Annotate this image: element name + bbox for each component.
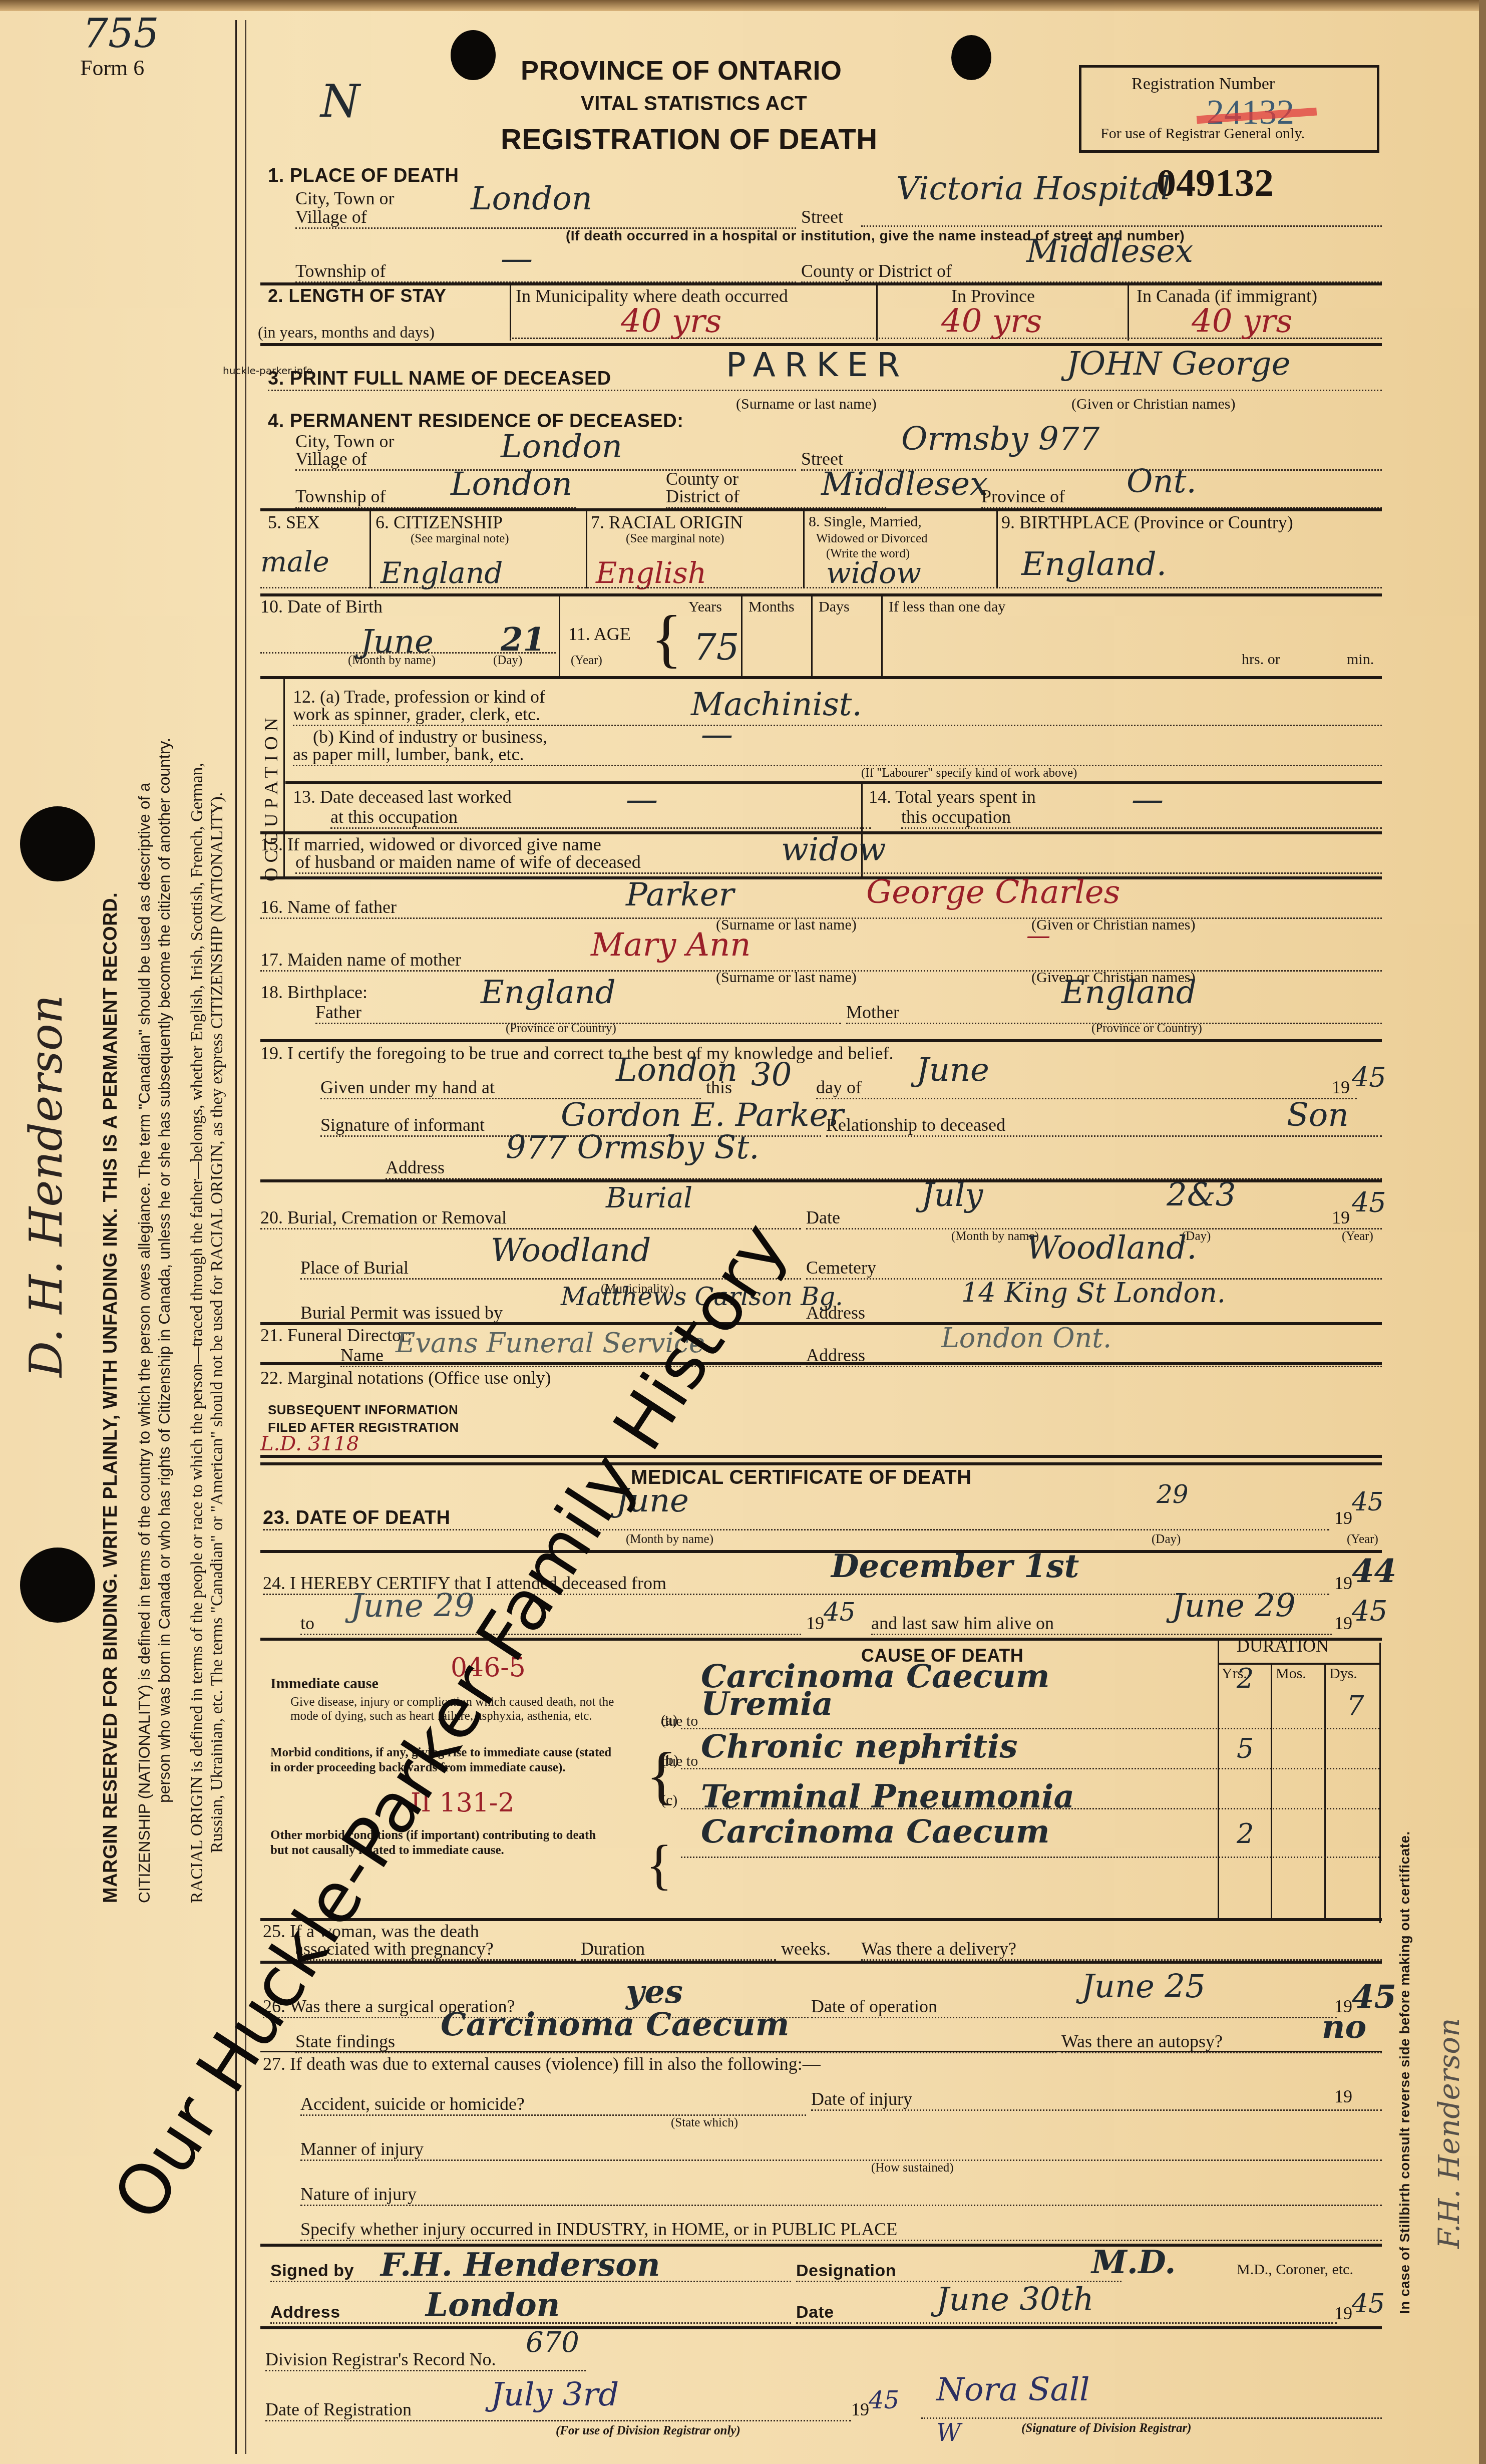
s13-line2: at this occupation [330,806,871,829]
s4-street-value: Ormsby 977 [901,421,1099,458]
rule-10 [260,676,1382,679]
cause-row-text: Carcinoma Caecum [701,1813,1049,1851]
rule-4 [260,508,1382,511]
cause-due-to-2: due to [661,1753,698,1770]
duration-sep-yrs [1271,1663,1272,1918]
s12-hint: (If "Labourer" specify kind of work abov… [861,766,1077,780]
duration-title: DURATION [1237,1635,1329,1656]
s6-label: 6. CITIZENSHIP [376,512,503,533]
s17-surname-hint: (Surname or last name) [716,969,857,986]
left-margin-signature: D. H. Henderson [20,995,73,1377]
s19-address-value: 977 Ormsby St. [506,1129,759,1166]
s23-year: 45 [1352,1487,1384,1516]
cause-row-duration-yrs: 2 [1237,1818,1254,1850]
duration-col-mos: Mos. [1276,1665,1306,1682]
s24-lastsaw-year-prefix: 19 [1334,1613,1352,1634]
left-margin-citizenship-2: person who was born in Canada or who has… [155,738,174,1803]
cause-brace: { [646,1833,672,1897]
s7-label: 7. RACIAL ORIGIN [591,512,743,533]
s17-given: — [1026,921,1050,950]
s1-street-label: Street [801,206,843,227]
s12-rule [285,781,1382,784]
s11-hrs-label: hrs. or [1242,651,1280,668]
stamped-number: 049132 [1157,160,1274,205]
signoff-year-prefix: 19 [1334,2303,1352,2324]
registrar-sig-hint: (Signature of Division Registrar) [1021,2421,1192,2435]
s22-stamp-line1: SUBSEQUENT INFORMATION [268,1402,458,1418]
s20-place-value: Woodland [491,1232,651,1269]
s12b-value: — [701,716,733,753]
s23-month-hint: (Month by name) [626,1532,713,1547]
right-margin-stillbirth-note: In case of Stillbirth consult reverse si… [1397,1831,1413,2314]
s23-year-prefix: 19 [1334,1507,1352,1528]
s9-value: England. [1021,546,1167,583]
s3-surname-hint: (Surname or last name) [736,396,877,413]
form-label: Form 6 [80,55,144,81]
rule-22a [260,1455,1382,1458]
s11-sep-months [811,596,813,676]
s27-year-prefix: 19 [1334,2086,1352,2107]
s20-date-month: July [921,1177,983,1214]
s9-label: 9. BIRTHPLACE (Province or Country) [1001,512,1293,533]
s20-date-label: Date [806,1207,1382,1229]
s19-month-value: June [916,1052,989,1089]
paper-right-edge [1479,0,1486,2464]
s11-lessday-label: If less than one day [889,598,1005,615]
rule-20 [260,1322,1382,1325]
header-act: VITAL STATISTICS ACT [581,93,807,115]
s23-year-hint: (Year) [1347,1532,1378,1547]
s20-value: Burial [606,1182,692,1214]
punch-hole-top-right [951,35,991,80]
registrar-year-prefix: 19 [851,2399,869,2420]
s5-sep [369,511,371,588]
s27-manner-hint: (How sustained) [871,2161,954,2175]
registrar-date-value: July 3rd [491,2376,619,2413]
cause-row-text: Uremia [701,1685,833,1723]
registrar-year-value: 45 [869,2386,899,2414]
registrar-sig-initials: W [936,2419,961,2447]
s18-father-value: England [481,974,616,1011]
s2-sep-1 [510,285,511,341]
s24-lastsaw-year: 45 [1352,1595,1387,1628]
s2-sep-3 [1128,285,1129,341]
s17-surname: Mary Ann [591,927,751,964]
s2-sub: (in years, months and days) [258,323,435,342]
corner-mark: N [320,75,360,128]
signoff-designation-label: Designation [796,2261,1122,2282]
s19-year-prefix: 19 [1332,1077,1350,1098]
s20-date-day: 2&3 [1167,1177,1236,1214]
registrar-sig-value: Nora Sall [936,2371,1090,2408]
s16-label: 16. Name of father [260,896,1382,919]
s26-findings-value: Carcinoma Caecum [441,2006,789,2043]
cause-row-text: Terminal Pneumonia [701,1778,1074,1815]
s26-value: yes [626,1973,683,2011]
signoff-address-value: London [426,2286,560,2324]
punch-hole-top-left [451,30,496,80]
cause-row-duration-yrs: 2 [1237,1663,1254,1694]
s19-certify: 19. I certify the foregoing to be true a… [260,1043,894,1064]
signoff-designation-value: M.D. [1091,2244,1176,2281]
s11-sep-years [741,596,742,676]
s24-to-year-prefix: 19 [806,1613,824,1634]
s4-township-value: London [451,466,572,503]
registrar-sig-line [921,2416,1382,2419]
immediate-label: Immediate cause [270,1675,379,1692]
s4-city-value: London [501,428,622,465]
s23-label: 23. DATE OF DEATH [263,1507,1329,1530]
rule-26 [260,2051,1382,2052]
paper-top-edge [0,0,1486,11]
s11-days-label: Days [819,598,850,615]
s1-county-value: Middlesex [1026,233,1193,270]
s27-specify-label: Specify whether injury occurred in INDUS… [300,2219,1382,2241]
s11-label: 11. AGE [568,624,631,645]
s3-given: JOHN George [1066,346,1290,383]
s25-weeks-label: weeks. [781,1938,831,1959]
s27-accident-hint: (State which) [671,2116,738,2130]
s5-label: 5. SEX [268,512,320,533]
s16-given-hint: (Given or Christian names) [1031,916,1195,934]
s14-line1: 14. Total years spent in [869,786,1036,807]
s19-year-value: 45 [1352,1062,1386,1093]
rule-21 [260,1362,1382,1365]
s11-sep [559,596,560,676]
s1-street-value: Victoria Hospital [896,170,1171,207]
registrar-record-value: 670 [526,2326,579,2359]
s11-years-label: Years [688,598,722,615]
s8-value: widow [826,556,921,590]
header-title: REGISTRATION OF DEATH [501,123,878,156]
s15-value: widow [781,831,886,868]
s6-hint: (See marginal note) [411,532,509,546]
rule-23 [260,1550,1382,1553]
rule-5 [260,593,1382,596]
left-margin-citizenship-1: CITIZENSHIP (NATIONALITY) is defined in … [135,783,154,1903]
s10-day-hint: (Day) [493,654,522,668]
left-margin-binding-note: MARGIN RESERVED FOR BINDING. WRITE PLAIN… [100,892,122,1903]
occupation-side-label: OCCUPATION [260,713,282,881]
signoff-signed-value: F.H. Henderson [381,2246,660,2284]
duration-col-dys: Dys. [1329,1665,1357,1682]
s2-sep-2 [876,285,878,341]
s19-dayof-label: day of [816,1077,1357,1099]
s10-label: 10. Date of Birth [260,596,383,617]
s5-9-line [260,586,1382,588]
s3-given-hint: (Given or Christian names) [1071,396,1235,413]
s24-from-year: 44 [1352,1553,1396,1590]
s26-autopsy-value: no [1322,2008,1366,2046]
s11-min-label: min. [1347,651,1374,668]
s25-duration-label: Duration [581,1938,776,1961]
s18-father-hint: (Province or Country) [506,1022,616,1036]
s7-value: English [596,556,706,590]
s20-permit-addr-value: 14 King St London. [961,1277,1226,1309]
s21-address-value: London Ont. [941,1322,1111,1354]
cause-row-duration-yrs: 5 [1237,1733,1254,1764]
s19-this-label: this [706,1077,732,1098]
signoff-designation-hint: M.D., Coroner, etc. [1237,2261,1353,2278]
s27-manner-label: Manner of injury [300,2138,1382,2161]
s20-year-hint: (Year) [1342,1229,1373,1244]
s19-rel-value: Son [1287,1097,1349,1134]
s23-day-hint: (Day) [1152,1532,1181,1547]
s24-from: December 1st [831,1548,1079,1585]
duration-sep-right [1379,1643,1381,1923]
s16-given: George Charles [866,874,1120,911]
s22-label: 22. Marginal notations (Office use only) [260,1367,551,1388]
s27-nature-label: Nature of injury [300,2184,1382,2206]
s23-day: 29 [1157,1480,1189,1509]
s6-value: England [381,556,503,590]
rule-15 [260,876,1382,879]
s21-label: 21. Funeral Director: [260,1325,412,1346]
s27-date-label: Date of injury [811,2088,1382,2111]
s19-sig-value: Gordon E. Parker [561,1097,844,1134]
s11-age-years: 75 [693,626,739,668]
s18-label: 18. Birthplace: [260,982,367,1003]
cause-row-line [681,1767,1379,1769]
right-margin-signature: F.H. Henderson [1432,2018,1466,2249]
signoff-year-value: 45 [1352,2289,1385,2319]
duration-sep-left [1218,1638,1219,1918]
rule-signoff [260,2326,1382,2329]
s3-surname: PARKER [726,346,909,384]
s1-street-line [861,224,1382,227]
s1-city-label-1: City, Town or [295,188,395,209]
registration-number-note: For use of Registrar General only. [1100,125,1305,142]
cause-row-duration-dys: 7 [1347,1690,1364,1722]
s2-col2-value: 40 yrs [941,303,1042,340]
left-margin-racial-2: Russian, Ukrainian, etc. The terms "Cana… [208,792,227,1853]
registration-number-box: Registration Number 24132 For use of Reg… [1079,65,1379,153]
s6-sep [586,511,587,588]
s7-sep [803,511,805,588]
s8-label-1: 8. Single, Married, [809,513,922,530]
rule-24 [260,1638,1382,1641]
s1-township-label: Township of [295,260,796,283]
s7-hint: (See marginal note) [626,532,724,546]
s8-sep [996,511,998,588]
s20-date-year: 45 [1352,1187,1386,1218]
s2-title: 2. LENGTH OF STAY [268,285,447,306]
cause-due-to-1: due to [661,1713,698,1730]
header-province: PROVINCE OF ONTARIO [521,55,842,86]
registration-number-label: Registration Number [1132,75,1275,94]
s16-surname: Parker [626,876,734,913]
s27-label: 27. If death was due to external causes … [263,2053,821,2074]
s24-from-year-prefix: 19 [1334,1573,1352,1594]
rule-18 [260,1039,1382,1042]
rule-25 [260,1961,1382,1964]
s26-date-value: June 25 [1081,1968,1206,2005]
s5-value: male [260,546,329,578]
cause-brace: { [646,1738,677,1813]
s1-township-value: — [501,240,533,277]
s26-date-label: Date of operation [811,1996,1337,2018]
corner-number: 755 [83,10,159,57]
s20-label: 20. Burial, Cremation or Removal [260,1207,801,1229]
duration-sep-mos [1324,1663,1326,1918]
s22-code: L.D. 3118 [260,1432,359,1455]
rule-22b [260,1462,1382,1465]
s11-months-label: Months [749,598,795,615]
s18-mother-value: England [1061,974,1197,1011]
s8-label-2: Widowed or Divorced [816,532,928,546]
s19-day-value: 30 [751,1057,792,1094]
signoff-date-value: June 30th [936,2281,1094,2318]
s10-year-hint: (Year) [571,654,602,668]
s10-month-hint: (Month by name) [348,654,436,668]
s20-cemetery-value: Woodland. [1026,1229,1197,1267]
s24-to-year: 45 [824,1598,856,1627]
s4-county-value: Middlesex [821,466,988,503]
s11-sep-days [881,596,883,676]
s24-to: June 29 [350,1588,475,1625]
s12b-line2: as paper mill, lumber, bank, etc. [293,744,1382,766]
s2-col3-value: 40 yrs [1192,303,1292,340]
s1-title: 1. PLACE OF DEATH [268,165,459,187]
registrar-date-hint: (For use of Division Registrar only) [556,2424,740,2438]
s11-brace: { [651,601,682,676]
s25-delivery-label: Was there a delivery? [861,1938,1382,1961]
s2-col1-value: 40 yrs [621,303,721,340]
cause-row-text: Chronic nephritis [701,1728,1017,1765]
s20-year-prefix: 19 [1332,1207,1350,1228]
s20-month-hint: (Month by name) [951,1229,1039,1244]
s1-city-value: London [471,180,592,217]
punch-hole-margin-upper [20,806,95,881]
s4-province-value: Ont. [1127,463,1197,500]
s14-value: — [1132,781,1164,818]
s13-line1: 13. Date deceased last worked [293,786,512,807]
left-margin-racial-1: RACIAL ORIGIN is defined in terms of the… [188,763,207,1903]
cause-row-line [681,1856,1379,1858]
s27-accident-label: Accident, suicide or homicide? [300,2093,806,2116]
punch-hole-margin-lower [20,1548,95,1623]
s18-mother-hint: (Province or Country) [1091,1022,1202,1036]
s24-lastsaw: June 29 [1172,1588,1296,1625]
s13-value: — [626,781,658,818]
s17-label: 17. Maiden name of mother [260,949,1382,972]
